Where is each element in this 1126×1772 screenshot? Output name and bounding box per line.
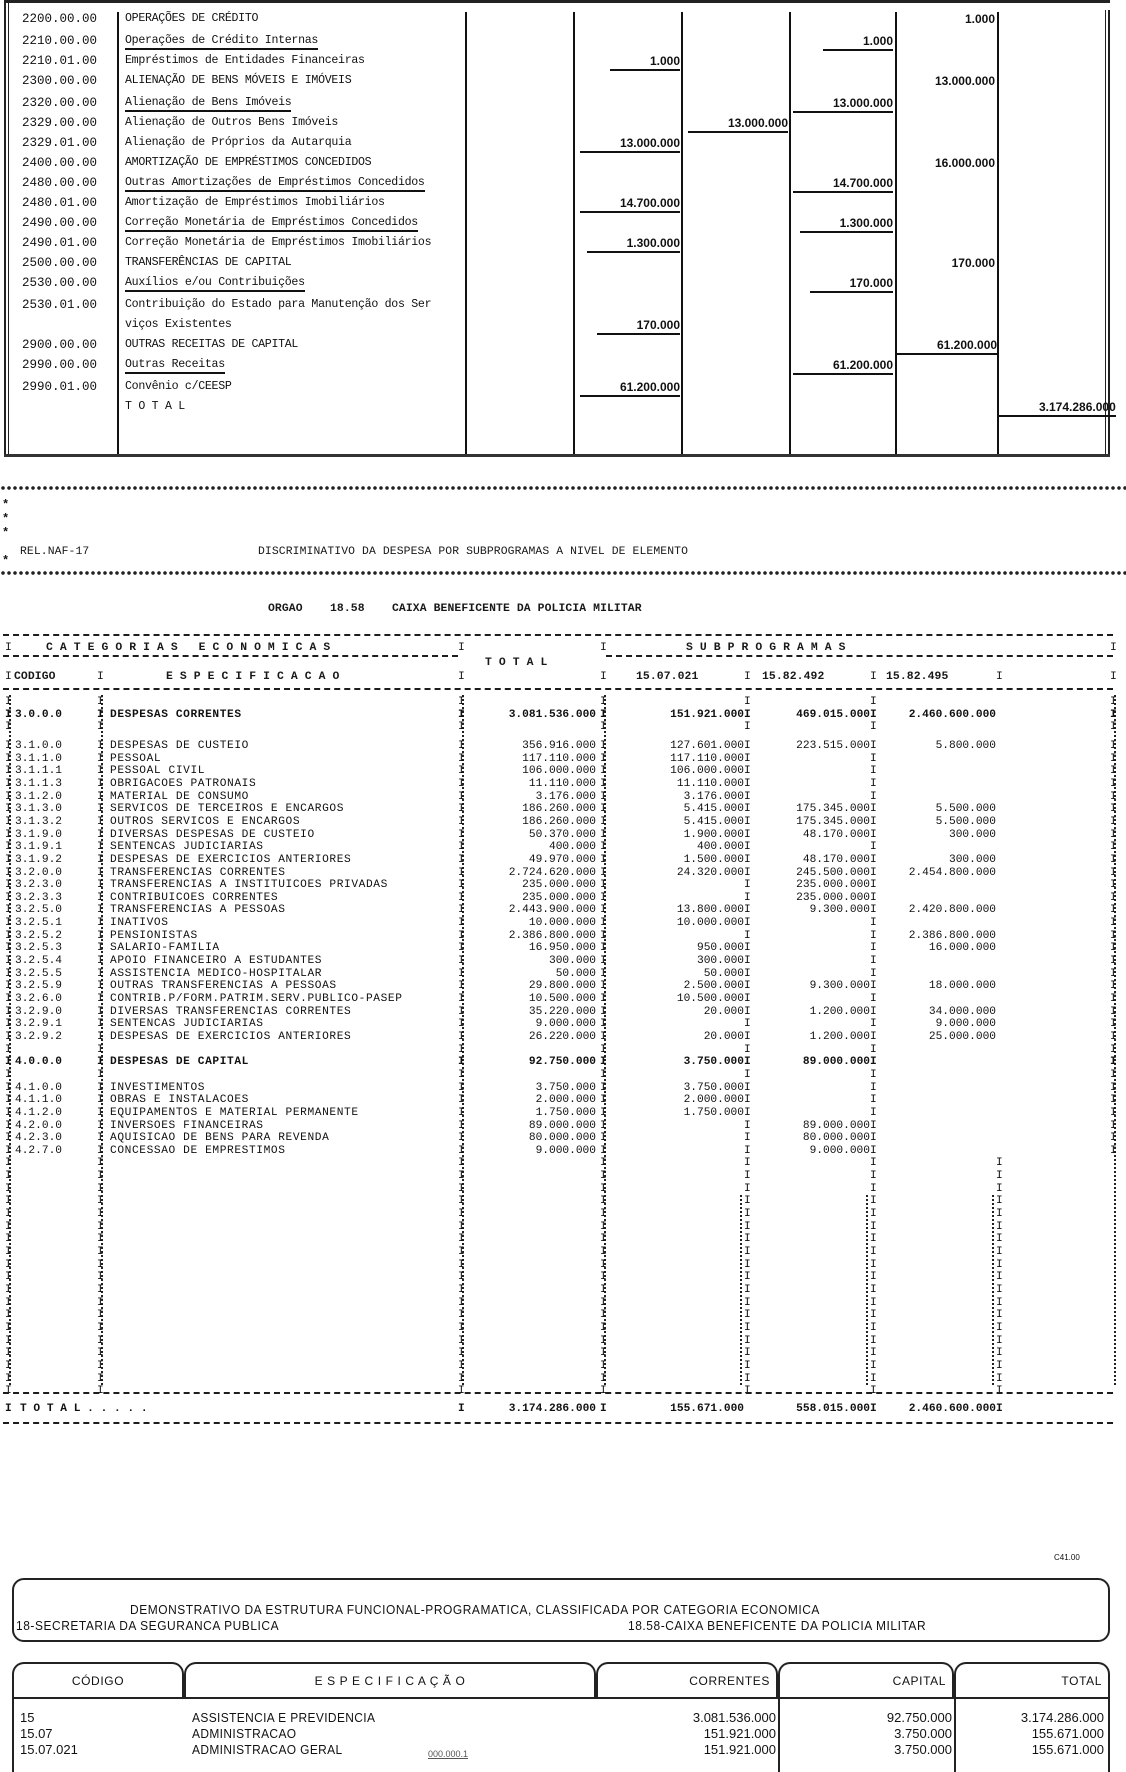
column-bar: I	[1110, 1006, 1117, 1019]
element-total: 11.110.000	[466, 778, 596, 791]
ledger-value-c2: 13.000.000	[576, 132, 680, 154]
column-bar: I	[744, 1069, 751, 1082]
column-bar: I	[1110, 1069, 1117, 1082]
table-row: IIIIIII4.0.0.0DESPESAS DE CAPITAL92.750.…	[0, 1056, 1126, 1069]
element-code: 3.2.3.3	[15, 892, 95, 905]
header-bar: I	[1110, 671, 1117, 683]
column-bar: I	[744, 1309, 751, 1322]
column-bar: I	[870, 1208, 877, 1221]
column-bar: I	[5, 1044, 12, 1057]
blank-row: IIIIIII	[0, 1246, 1126, 1259]
column-bar: I	[5, 1056, 12, 1069]
column-bar: I	[5, 1297, 12, 1310]
ledger-value-c4: 1.300.000	[792, 212, 893, 234]
ledger-row: 2329.00.00Alienação de Outros Bens Imóve…	[4, 112, 1110, 134]
subprograma-3-value: 2.460.600.000	[874, 709, 996, 722]
element-code: 3.2.3.0	[15, 879, 95, 892]
ledger-row: 2329.01.00Alienação de Próprios da Autar…	[4, 132, 1110, 154]
total-value: 3.174.286.000	[964, 1710, 1104, 1726]
header-especificacao: E S P E C I F I C A C A O	[166, 671, 339, 683]
element-description: SALARIO-FAMILIA	[110, 942, 450, 955]
subprograma-2-value: 175.345.000	[748, 803, 870, 816]
table-row: IIIIIII3.2.5.9OUTRAS TRANSFERENCIAS A PE…	[0, 980, 1126, 993]
column-bar: I	[458, 816, 465, 829]
column-bar: I	[1110, 1107, 1117, 1120]
column-bar: I	[97, 917, 104, 930]
column-bar: I	[458, 1094, 465, 1107]
column-bar: I	[97, 1360, 104, 1373]
ledger-value-c4: 61.200.000	[792, 354, 893, 376]
ledger-amount: 13.000.000	[688, 115, 788, 133]
ledger-value-c2: 1.300.000	[576, 232, 680, 254]
element-total: 300.000	[466, 955, 596, 968]
element-code: 3.1.0.0	[15, 740, 95, 753]
column-bar: I	[600, 841, 607, 854]
table-row: IIIIIII3.1.3.2OUTROS SERVICOS E ENCARGOS…	[0, 816, 1126, 829]
column-bar: I	[600, 1031, 607, 1044]
column-bar: I	[458, 1259, 465, 1272]
column-bar: I	[5, 696, 12, 709]
column-bar: I	[5, 1082, 12, 1095]
column-header-total: TOTAL	[954, 1662, 1110, 1698]
column-bar: I	[97, 1044, 104, 1057]
table-row: IIIIIII3.1.9.2DESPESAS DE EXERCICIOS ANT…	[0, 854, 1126, 867]
subprograma-1-value: 1.900.000	[610, 829, 744, 842]
header-bar: I	[600, 642, 607, 654]
element-code: 3.1.1.3	[15, 778, 95, 791]
despesa-total-row: I T O T A L . . . . . I 3.174.286.000 I …	[0, 1403, 1126, 1416]
column-bar: I	[97, 1335, 104, 1348]
column-bar: I	[5, 1157, 12, 1170]
element-code: 4.1.0.0	[15, 1082, 95, 1095]
table-row: IIIIIII3.1.9.1SENTENCAS JUDICIARIAS400.0…	[0, 841, 1126, 854]
header-rule	[3, 655, 458, 657]
element-total: 356.916.000	[466, 740, 596, 753]
column-bar: I	[870, 1094, 877, 1107]
column-bar: I	[458, 1082, 465, 1095]
column-bar: I	[97, 803, 104, 816]
column-bar: I	[870, 1309, 877, 1322]
column-bar: I	[870, 1360, 877, 1373]
column-bar: I	[5, 753, 12, 766]
column-bar: I	[5, 955, 12, 968]
element-description: AQUISICAO DE BENS PARA REVENDA	[110, 1132, 450, 1145]
ledger-amount: 1.300.000	[800, 215, 893, 233]
ledger-description-text: Outras Amortizações de Empréstimos Conce…	[125, 176, 425, 192]
element-total: 26.220.000	[466, 1031, 596, 1044]
column-bar: I	[458, 968, 465, 981]
ledger-row: 2530.01.00Contribuição do Estado para Ma…	[4, 294, 1110, 316]
column-bar: I	[458, 1107, 465, 1120]
column-bar: I	[1110, 930, 1117, 943]
subprograma-1-value: 127.601.000	[610, 740, 744, 753]
ledger-code: 2400.00.00	[22, 152, 118, 174]
column-bar: I	[600, 1246, 607, 1259]
column-bar: I	[744, 1044, 751, 1057]
element-description: CONTRIB.P/FORM.PATRIM.SERV.PUBLICO-PASEP	[110, 993, 450, 1006]
element-code: 3.2.5.5	[15, 968, 95, 981]
column-bar: I	[744, 778, 751, 791]
column-bar: I	[1110, 1082, 1117, 1095]
ledger-value-c5: 170.000	[897, 252, 995, 274]
element-description: PENSIONISTAS	[110, 930, 450, 943]
column-bar: I	[5, 740, 12, 753]
column-bar: I	[744, 1335, 751, 1348]
column-bar: I	[744, 1018, 751, 1031]
column-bar: I	[1110, 1031, 1117, 1044]
element-code: 3.1.9.1	[15, 841, 95, 854]
column-bar: I	[744, 993, 751, 1006]
column-bar: I	[5, 917, 12, 930]
subprograma-2-value: 9.000.000	[748, 1145, 870, 1158]
subprograma-2-value: 89.000.000	[748, 1056, 870, 1069]
column-bar: I	[996, 1297, 1003, 1310]
column-bar: I	[744, 917, 751, 930]
ledger-code: 2200.00.00	[22, 8, 118, 30]
subprograma-1-value: 5.415.000	[610, 803, 744, 816]
blank-row: IIIIIII	[0, 1297, 1126, 1310]
ledger-amount: 61.200.000	[793, 357, 893, 375]
column-bar: I	[5, 904, 12, 917]
column-bar: I	[870, 1221, 877, 1234]
column-bar: I	[1110, 816, 1117, 829]
column-bar: I	[5, 968, 12, 981]
ledger-amount: 3.174.286.000	[999, 399, 1116, 417]
column-bar: I	[5, 930, 12, 943]
column-bar: I	[97, 892, 104, 905]
header-subprograma-3: 15.82.495	[886, 671, 948, 683]
header-bar: I	[870, 671, 877, 683]
column-bar: I	[458, 1221, 465, 1234]
column-bar: I	[458, 1271, 465, 1284]
blank-row: IIIIIII	[0, 1347, 1126, 1360]
column-bar: I	[97, 942, 104, 955]
column-bar: I	[5, 1246, 12, 1259]
blank-row: IIIIIII	[0, 1170, 1126, 1183]
ledger-description: Contribuição do Estado para Manutenção d…	[125, 294, 465, 316]
element-description: SENTENCAS JUDICIARIAS	[110, 1018, 450, 1031]
ledger-value-c4: 14.700.000	[792, 172, 893, 194]
column-header-label: E S P E C I F I C A Ç Ã O	[315, 1674, 466, 1688]
column-bar: I	[744, 955, 751, 968]
ledger-row: 2210.01.00Empréstimos de Entidades Finan…	[4, 50, 1110, 72]
column-bar: I	[5, 1221, 12, 1234]
column-bar: I	[458, 791, 465, 804]
column-bar: I	[458, 854, 465, 867]
orgao-name: CAIXA BENEFICENTE DA POLICIA MILITAR	[392, 603, 642, 615]
column-bar: I	[458, 1170, 465, 1183]
element-code: 4.1.1.0	[15, 1094, 95, 1107]
column-bar: I	[870, 1132, 877, 1145]
column-bar: I	[458, 1132, 465, 1145]
ledger-description-text: Operações de Crédito Internas	[125, 34, 318, 50]
subprograma-2-value: 245.500.000	[748, 867, 870, 880]
column-bar: I	[600, 1006, 607, 1019]
column-bar: I	[600, 917, 607, 930]
column-bar: I	[600, 721, 607, 734]
ledger-description: Amortização de Empréstimos Imobiliários	[125, 192, 465, 214]
subprograma-1-value: 50.000	[610, 968, 744, 981]
header-bar: I	[744, 671, 751, 683]
subprograma-1-value: 950.000	[610, 942, 744, 955]
column-bar: I	[600, 696, 607, 709]
column-bar: I	[1110, 778, 1117, 791]
column-bar: I	[458, 1183, 465, 1196]
table-row: IIIIIII3.2.5.4APOIO FINANCEIRO A ESTUDAN…	[0, 955, 1126, 968]
column-bar: I	[1110, 879, 1117, 892]
element-description: DESPESAS DE EXERCICIOS ANTERIORES	[110, 854, 450, 867]
column-bar: I	[870, 1157, 877, 1170]
column-bar: I	[1110, 1018, 1117, 1031]
column-bar: I	[1110, 955, 1117, 968]
ledger-value-c5: 61.200.000	[897, 334, 995, 356]
column-bar: I	[97, 829, 104, 842]
column-bar: I	[870, 1120, 877, 1133]
column-bar: I	[97, 904, 104, 917]
column-bar: I	[458, 930, 465, 943]
column-bar: I	[5, 1271, 12, 1284]
element-code: 3.2.5.2	[15, 930, 95, 943]
subprograma-1-value: 117.110.000	[610, 753, 744, 766]
element-description: SERVICOS DE TERCEIROS E ENCARGOS	[110, 803, 450, 816]
element-total: 3.750.000	[466, 1082, 596, 1095]
column-bar: I	[600, 1221, 607, 1234]
column-bar: I	[97, 1208, 104, 1221]
element-code: 4.1.2.0	[15, 1107, 95, 1120]
column-bar: I	[600, 1271, 607, 1284]
orgao-full-label: 18.58-CAIXA BENEFICENTE DA POLICIA MILIT…	[628, 1618, 926, 1633]
subprograma-2-value: 80.000.000	[748, 1132, 870, 1145]
column-bar: I	[97, 841, 104, 854]
ledger-value-c4: 13.000.000	[792, 92, 893, 114]
element-code: 3.1.9.2	[15, 854, 95, 867]
ledger-row: 2490.00.00Correção Monetária de Emprésti…	[4, 212, 1110, 234]
table-row: IIIIIII3.1.2.0MATERIAL DE CONSUMO3.176.0…	[0, 791, 1126, 804]
column-bar: I	[600, 1120, 607, 1133]
column-bar: I	[870, 1347, 877, 1360]
ledger-amount: 1.000	[965, 12, 995, 26]
column-bar: I	[97, 1271, 104, 1284]
column-bar: I	[5, 829, 12, 842]
column-bar: I	[996, 1221, 1003, 1234]
ledger-amount: 14.700.000	[793, 175, 893, 193]
column-bar: I	[744, 1271, 751, 1284]
element-description: TRANSFERENCIAS A PESSOAS	[110, 904, 450, 917]
subprograma-1-value: 1.750.000	[610, 1107, 744, 1120]
ledger-row: 2400.00.00AMORTIZAÇÃO DE EMPRÉSTIMOS CON…	[4, 152, 1110, 174]
header-subprograma-2: 15.82.492	[762, 671, 824, 683]
column-bar: I	[600, 829, 607, 842]
column-bar: I	[5, 854, 12, 867]
table-row: IIIIIII3.1.1.0PESSOAL117.110.000117.110.…	[0, 753, 1126, 766]
ledger-description-text: AMORTIZAÇÃO DE EMPRÉSTIMOS CONCEDIDOS	[125, 156, 371, 169]
column-bar: I	[458, 1309, 465, 1322]
subprograma-1-value: 300.000	[610, 955, 744, 968]
column-bar: I	[5, 816, 12, 829]
column-bar: I	[97, 1259, 104, 1272]
element-total: 2.386.800.000	[466, 930, 596, 943]
column-bar: I	[97, 1297, 104, 1310]
ledger-code: 2900.00.00	[22, 334, 118, 356]
column-bar: I	[744, 930, 751, 943]
column-bar: I	[97, 854, 104, 867]
column-bar: I	[5, 721, 12, 734]
column-bar: I	[600, 955, 607, 968]
column-bar: I	[744, 696, 751, 709]
column-bar: I	[996, 1322, 1003, 1335]
column-bar: I	[870, 1297, 877, 1310]
column-bar: I	[870, 721, 877, 734]
element-code: 3.1.3.0	[15, 803, 95, 816]
column-bar: I	[5, 1094, 12, 1107]
column-bar: I	[458, 904, 465, 917]
column-bar: I	[97, 1233, 104, 1246]
column-bar: I	[600, 892, 607, 905]
column-bar: I	[5, 892, 12, 905]
subprograma-1-value: 20.000	[610, 1031, 744, 1044]
column-bar: I	[1110, 803, 1117, 816]
column-bar: I	[996, 1271, 1003, 1284]
table-row: 15.07ADMINISTRACAO151.921.0003.750.00015…	[0, 1726, 1126, 1742]
column-bar: I	[458, 1373, 465, 1386]
column-bar: I	[97, 709, 104, 722]
column-bar: I	[458, 841, 465, 854]
column-bar: I	[870, 1271, 877, 1284]
ledger-value-c5: 16.000.000	[897, 152, 995, 174]
column-bar: I	[1110, 1094, 1117, 1107]
column-bar: I	[458, 1031, 465, 1044]
ledger-amount: 61.200.000	[580, 379, 680, 397]
column-header-especificacao: E S P E C I F I C A Ç Ã O	[184, 1662, 596, 1698]
ledger-value-c5: 13.000.000	[897, 70, 995, 92]
column-bar: I	[458, 917, 465, 930]
total-rule	[3, 1392, 1113, 1394]
column-bar: I	[97, 721, 104, 734]
subprograma-2-value: 1.200.000	[748, 1031, 870, 1044]
column-bar: I	[5, 1120, 12, 1133]
element-description: OUTRAS TRANSFERENCIAS A PESSOAS	[110, 980, 450, 993]
element-description: APOIO FINANCEIRO A ESTUDANTES	[110, 955, 450, 968]
column-bar: I	[1110, 1044, 1117, 1057]
blank-row: IIIIIII	[0, 1360, 1126, 1373]
ledger-amount: 13.000.000	[935, 74, 995, 88]
blank-row: IIIIIII	[0, 1373, 1126, 1386]
table-row: IIIIIII3.2.6.0CONTRIB.P/FORM.PATRIM.SERV…	[0, 993, 1126, 1006]
column-bar: I	[870, 778, 877, 791]
column-bar: I	[97, 879, 104, 892]
column-bar: I	[5, 1360, 12, 1373]
subprograma-2-value: 48.170.000	[748, 854, 870, 867]
column-bar: I	[600, 1094, 607, 1107]
element-code: 3.2.9.0	[15, 1006, 95, 1019]
ledger-description-text: Auxílios e/ou Contribuições	[125, 276, 305, 292]
ledger-value-c4: 1.000	[792, 30, 893, 52]
table-row: IIIIIII4.1.1.0OBRAS E INSTALACOES2.000.0…	[0, 1094, 1126, 1107]
column-bar: I	[1110, 765, 1117, 778]
table-row: IIIIIII3.2.9.2DESPESAS DE EXERCICIOS ANT…	[0, 1031, 1126, 1044]
ledger-value-c3: 13.000.000	[684, 112, 788, 134]
subprograma-1-value: 10.000.000	[610, 917, 744, 930]
column-bar: I	[744, 1284, 751, 1297]
element-total: 2.443.900.000	[466, 904, 596, 917]
total-label: T O T A L . . . . .	[20, 1403, 148, 1416]
element-total: 2.000.000	[466, 1094, 596, 1107]
column-bar: I	[1110, 892, 1117, 905]
column-bar: I	[5, 1233, 12, 1246]
column-header-label: TOTAL	[1061, 1674, 1102, 1688]
element-total: 3.081.536.000	[466, 709, 596, 722]
column-bar: I	[458, 942, 465, 955]
column-bar: I	[97, 1006, 104, 1019]
element-code: 3.2.9.2	[15, 1031, 95, 1044]
element-description: DIVERSAS DESPESAS DE CUSTEIO	[110, 829, 450, 842]
column-bar: I	[870, 791, 877, 804]
column-bar: I	[97, 1120, 104, 1133]
column-bar: I	[97, 1031, 104, 1044]
column-bar: I	[458, 740, 465, 753]
ledger-top-border	[4, 0, 1110, 3]
column-bar: I	[5, 1107, 12, 1120]
column-bar: I	[870, 1322, 877, 1335]
column-bar: I	[5, 1031, 12, 1044]
asterisk-border-top	[0, 485, 1126, 491]
table-row: IIIIIII4.1.0.0INVESTIMENTOS3.750.0003.75…	[0, 1082, 1126, 1095]
column-bar: I	[600, 778, 607, 791]
column-bar: I	[458, 892, 465, 905]
column-bar: I	[600, 1044, 607, 1057]
blank-row: IIIIIII	[0, 1259, 1126, 1272]
column-bar: I	[97, 1107, 104, 1120]
ledger-row: 2320.00.00Alienação de Bens Imóveis13.00…	[4, 92, 1110, 114]
column-bar: I	[600, 1145, 607, 1158]
column-bar: I	[97, 696, 104, 709]
table-row: IIIIIII	[0, 721, 1126, 734]
column-bar: I	[1110, 696, 1117, 709]
subprograma-3-value: 2.386.800.000	[874, 930, 996, 943]
column-bar: I	[870, 841, 877, 854]
ledger-amount: 13.000.000	[793, 95, 893, 113]
element-total: 117.110.000	[466, 753, 596, 766]
column-bar: I	[996, 1233, 1003, 1246]
column-bar: I	[97, 930, 104, 943]
ledger-amount: 16.000.000	[935, 156, 995, 170]
element-code: 3.2.5.3	[15, 942, 95, 955]
subprograma-3-value: 25.000.000	[874, 1031, 996, 1044]
header-bar: I	[600, 671, 607, 683]
subprograma-3-value: 300.000	[874, 854, 996, 867]
table-row: IIIIIII3.1.9.0DIVERSAS DESPESAS DE CUSTE…	[0, 829, 1126, 842]
subprograma-3-value: 5.500.000	[874, 803, 996, 816]
column-bar: I	[5, 803, 12, 816]
ledger-description-text: viços Existentes	[125, 318, 232, 331]
subprograma-3-value: 300.000	[874, 829, 996, 842]
column-bar: I	[97, 1145, 104, 1158]
ledger-description: Convênio c/CEESP	[125, 376, 465, 398]
ledger-row: 2480.01.00Amortização de Empréstimos Imo…	[4, 192, 1110, 214]
ledger-description: Operações de Crédito Internas	[125, 30, 465, 52]
subprograma-1-value: 2.500.000	[610, 980, 744, 993]
receitas-capital-ledger: 2200.00.00OPERAÇÕES DE CRÉDITO1.0002210.…	[4, 0, 1110, 458]
element-code: 3.1.2.0	[15, 791, 95, 804]
column-bar: I	[870, 1246, 877, 1259]
subprograma-3-value: 9.000.000	[874, 1018, 996, 1031]
column-bar: I	[97, 1246, 104, 1259]
column-bar: I	[458, 955, 465, 968]
element-total: 1.750.000	[466, 1107, 596, 1120]
column-bar: I	[600, 930, 607, 943]
column-bar: I	[97, 1322, 104, 1335]
element-description: PESSOAL	[110, 753, 450, 766]
